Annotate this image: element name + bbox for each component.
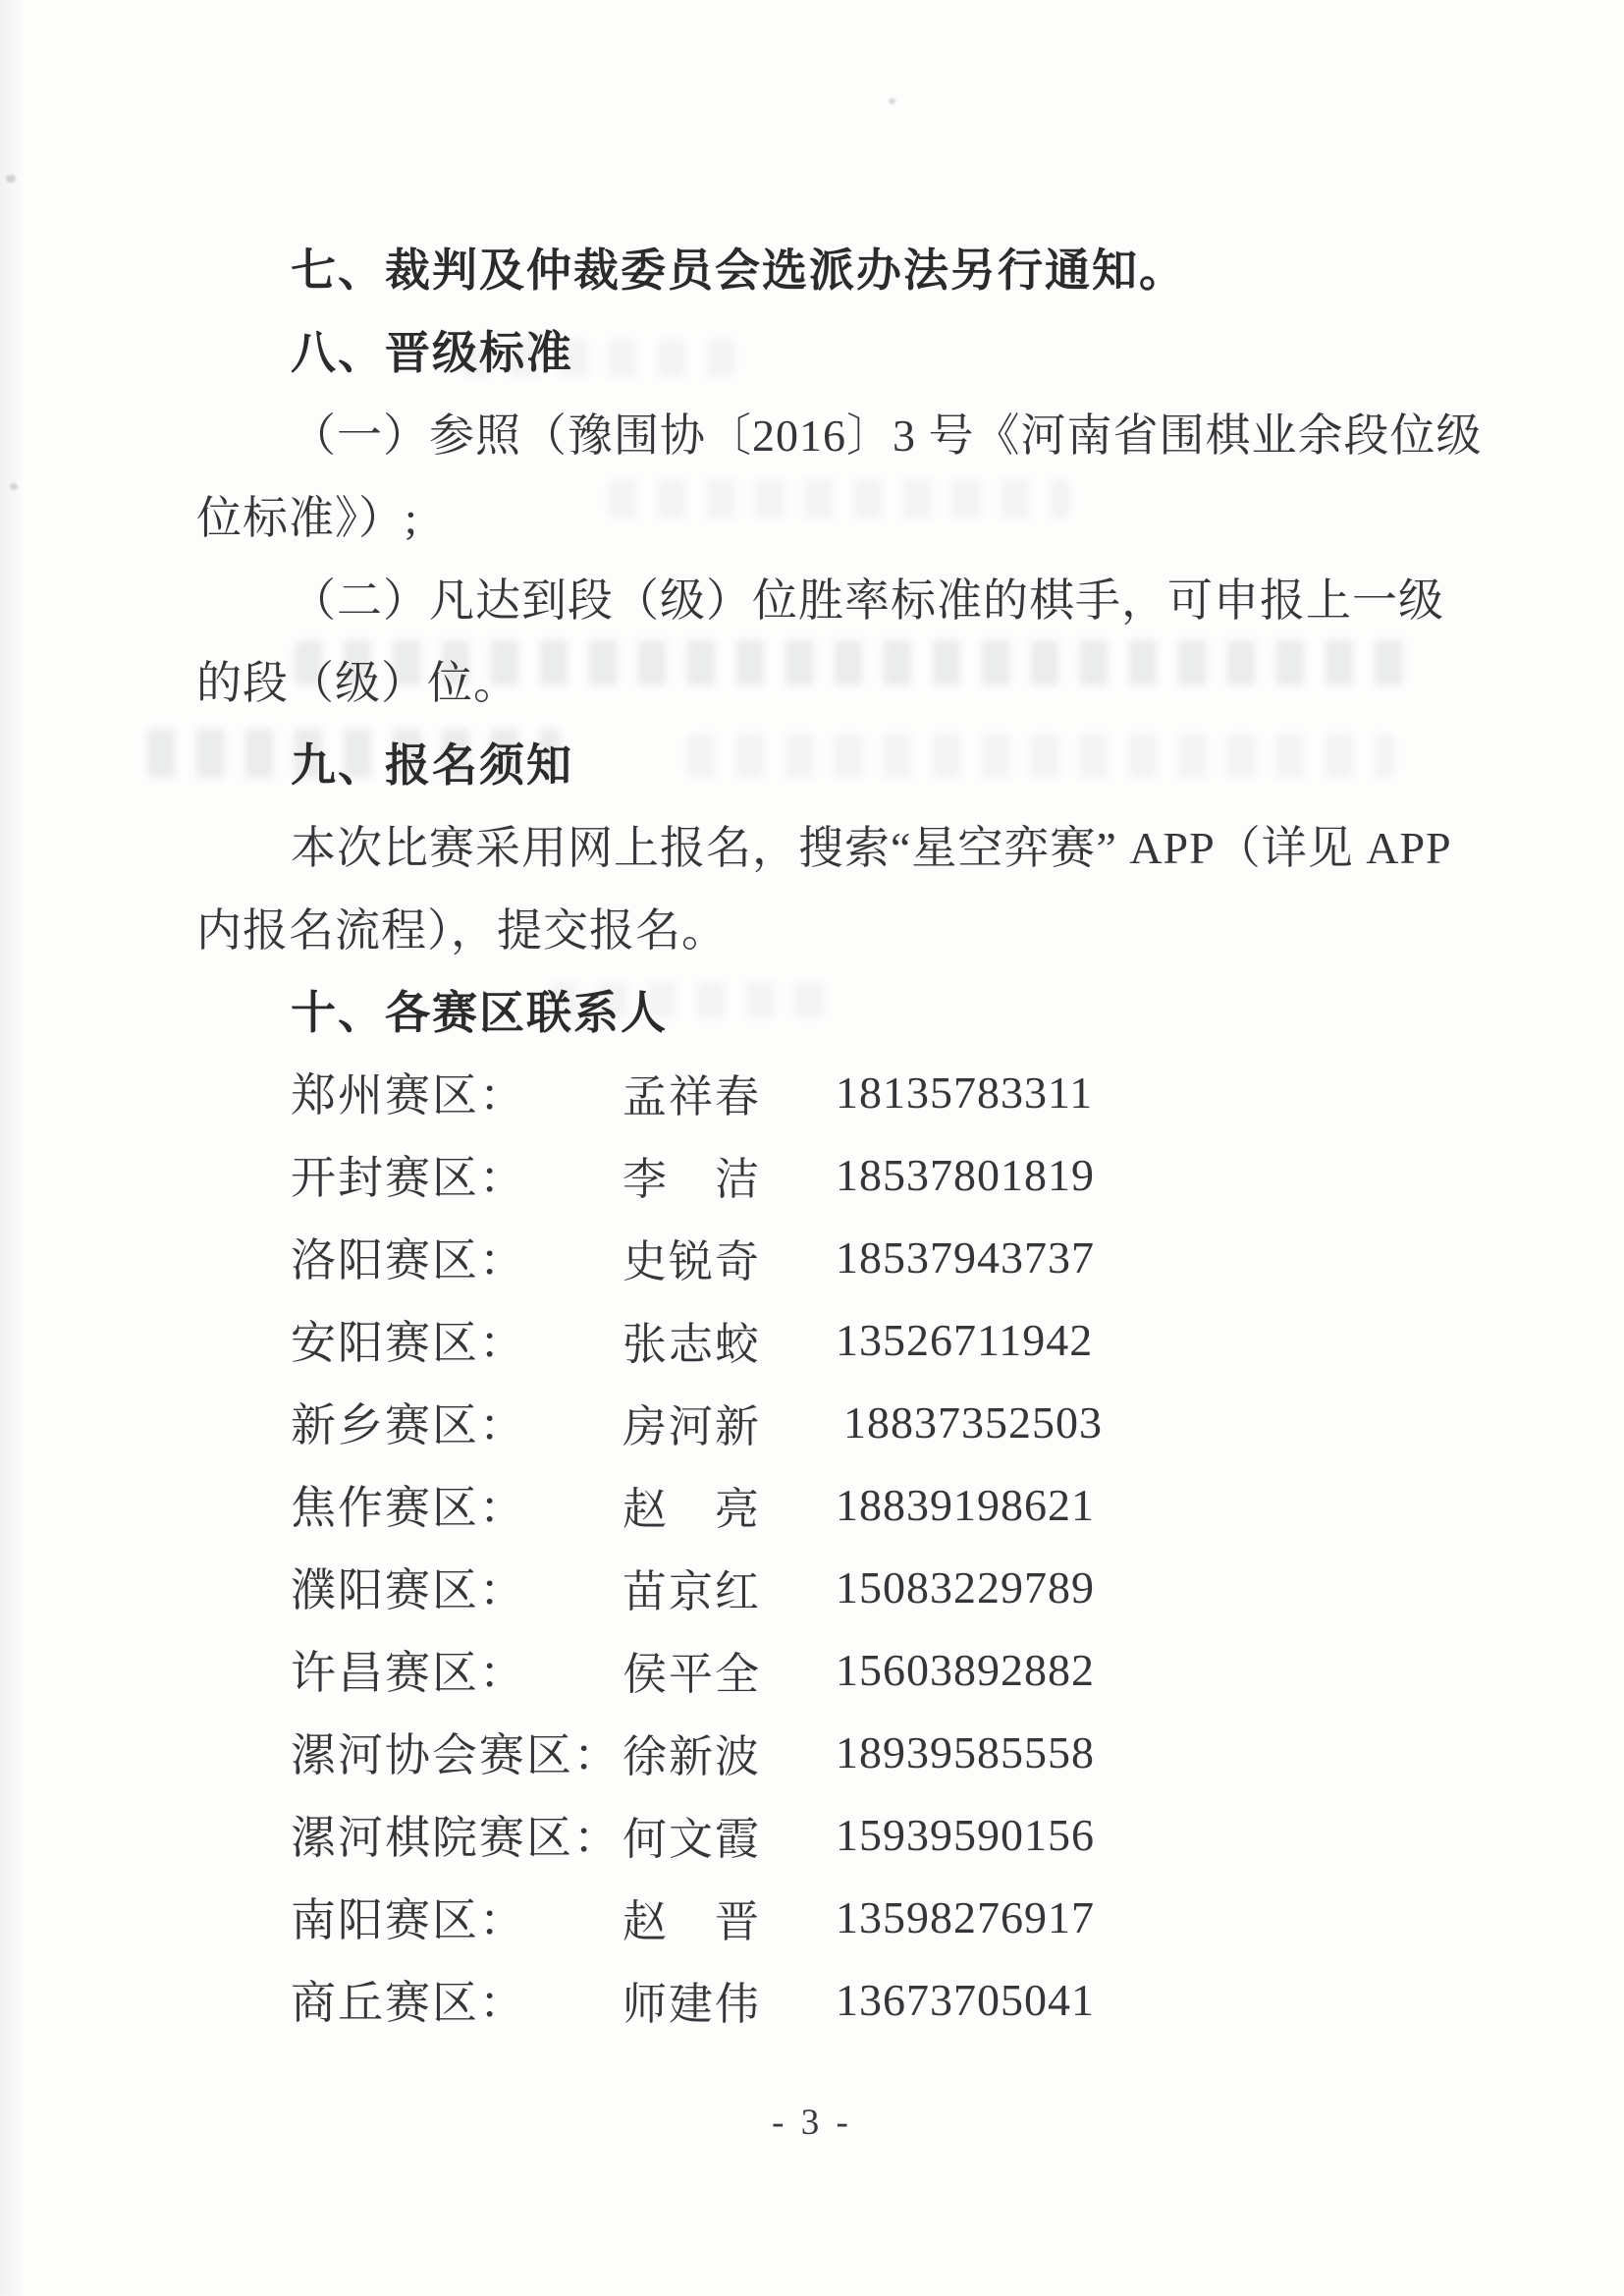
scanned-document-page: 七、裁判及仲裁委员会选派办法另行通知。 八、晋级标准 （一）参照（豫围协〔201… — [0, 0, 1624, 2296]
scan-artifact — [889, 98, 895, 104]
contact-phone: 13598276917 — [836, 1876, 1095, 1958]
contact-name: 苗京红 — [623, 1546, 761, 1628]
contact-region: 新乡赛区： — [291, 1381, 526, 1463]
contact-row: 洛阳赛区： 史锐奇 18537943737 — [196, 1216, 1483, 1298]
contact-row: 许昌赛区： 侯平全 15603892882 — [196, 1628, 1483, 1711]
contact-row: 南阳赛区： 赵 晋 13598276917 — [196, 1876, 1483, 1958]
contact-row: 商丘赛区： 师建伟 13673705041 — [196, 1958, 1483, 2041]
scan-artifact — [6, 175, 16, 183]
contact-row: 新乡赛区： 房河新 18837352503 — [196, 1381, 1483, 1463]
contact-phone: 15939590156 — [836, 1793, 1095, 1876]
contact-name: 侯平全 — [623, 1628, 761, 1711]
body-line: 内报名流程），提交报名。 — [196, 886, 1483, 968]
contact-name: 师建伟 — [623, 1958, 761, 2041]
contact-region: 商丘赛区： — [291, 1958, 526, 2041]
scan-edge-shading — [0, 0, 26, 2296]
contact-region: 开封赛区： — [291, 1133, 526, 1216]
contact-phone: 15603892882 — [836, 1628, 1095, 1711]
contact-region: 焦作赛区： — [291, 1463, 526, 1546]
body-line: （一）参照（豫围协〔2016〕3 号《河南省围棋业余段位级 — [196, 391, 1483, 473]
section-heading-7: 七、裁判及仲裁委员会选派办法另行通知。 — [196, 226, 1483, 308]
contact-row: 漯河协会赛区： 徐新波 18939585558 — [196, 1711, 1483, 1793]
contact-region: 洛阳赛区： — [291, 1216, 526, 1298]
contact-row: 郑州赛区： 孟祥春 18135783311 — [196, 1051, 1483, 1133]
contact-phone: 13526711942 — [836, 1298, 1093, 1381]
scan-artifact — [10, 483, 18, 490]
page-number: - 3 - — [0, 2102, 1624, 2144]
contact-row: 开封赛区： 李 洁 18537801819 — [196, 1133, 1483, 1216]
section-heading-9: 九、报名须知 — [196, 721, 1483, 803]
contact-phone: 18537801819 — [836, 1133, 1095, 1216]
contact-region: 南阳赛区： — [291, 1876, 526, 1958]
contact-name: 孟祥春 — [623, 1051, 761, 1133]
section-heading-10: 十、各赛区联系人 — [196, 968, 1483, 1051]
section-heading-8: 八、晋级标准 — [196, 308, 1483, 391]
contact-phone: 18135783311 — [836, 1051, 1093, 1133]
body-line: （二）凡达到段（级）位胜率标准的棋手，可申报上一级 — [196, 556, 1483, 638]
contact-phone: 15083229789 — [836, 1546, 1095, 1628]
contact-region: 郑州赛区： — [291, 1051, 526, 1133]
contact-name: 房河新 — [623, 1381, 761, 1463]
contact-region: 漯河棋院赛区： — [291, 1793, 621, 1876]
contact-name: 史锐奇 — [623, 1216, 761, 1298]
contact-phone: 18839198621 — [836, 1463, 1095, 1546]
contact-name: 何文霞 — [623, 1793, 761, 1876]
body-line: 本次比赛采用网上报名，搜索“星空弈赛” APP（详见 APP — [196, 803, 1483, 886]
contact-name: 李 洁 — [623, 1133, 761, 1216]
contact-phone: 18939585558 — [836, 1711, 1095, 1793]
contact-name: 张志蛟 — [623, 1298, 761, 1381]
contact-name: 赵 亮 — [623, 1463, 761, 1546]
document-body: 七、裁判及仲裁委员会选派办法另行通知。 八、晋级标准 （一）参照（豫围协〔201… — [196, 226, 1483, 2041]
contact-phone: 18837352503 — [843, 1381, 1103, 1463]
contact-phone: 18537943737 — [836, 1216, 1095, 1298]
contact-phone: 13673705041 — [836, 1958, 1095, 2041]
contact-region: 安阳赛区： — [291, 1298, 526, 1381]
contact-region: 漯河协会赛区： — [291, 1711, 621, 1793]
contact-region: 濮阳赛区： — [291, 1546, 526, 1628]
contact-row: 濮阳赛区： 苗京红 15083229789 — [196, 1546, 1483, 1628]
contact-row: 漯河棋院赛区： 何文霞 15939590156 — [196, 1793, 1483, 1876]
contact-row: 安阳赛区： 张志蛟 13526711942 — [196, 1298, 1483, 1381]
contact-name: 徐新波 — [623, 1711, 761, 1793]
contact-region: 许昌赛区： — [291, 1628, 526, 1711]
contact-row: 焦作赛区： 赵 亮 18839198621 — [196, 1463, 1483, 1546]
contact-name: 赵 晋 — [623, 1876, 761, 1958]
body-line: 位标准》）; — [196, 473, 1483, 556]
body-line: 的段（级）位。 — [196, 638, 1483, 721]
